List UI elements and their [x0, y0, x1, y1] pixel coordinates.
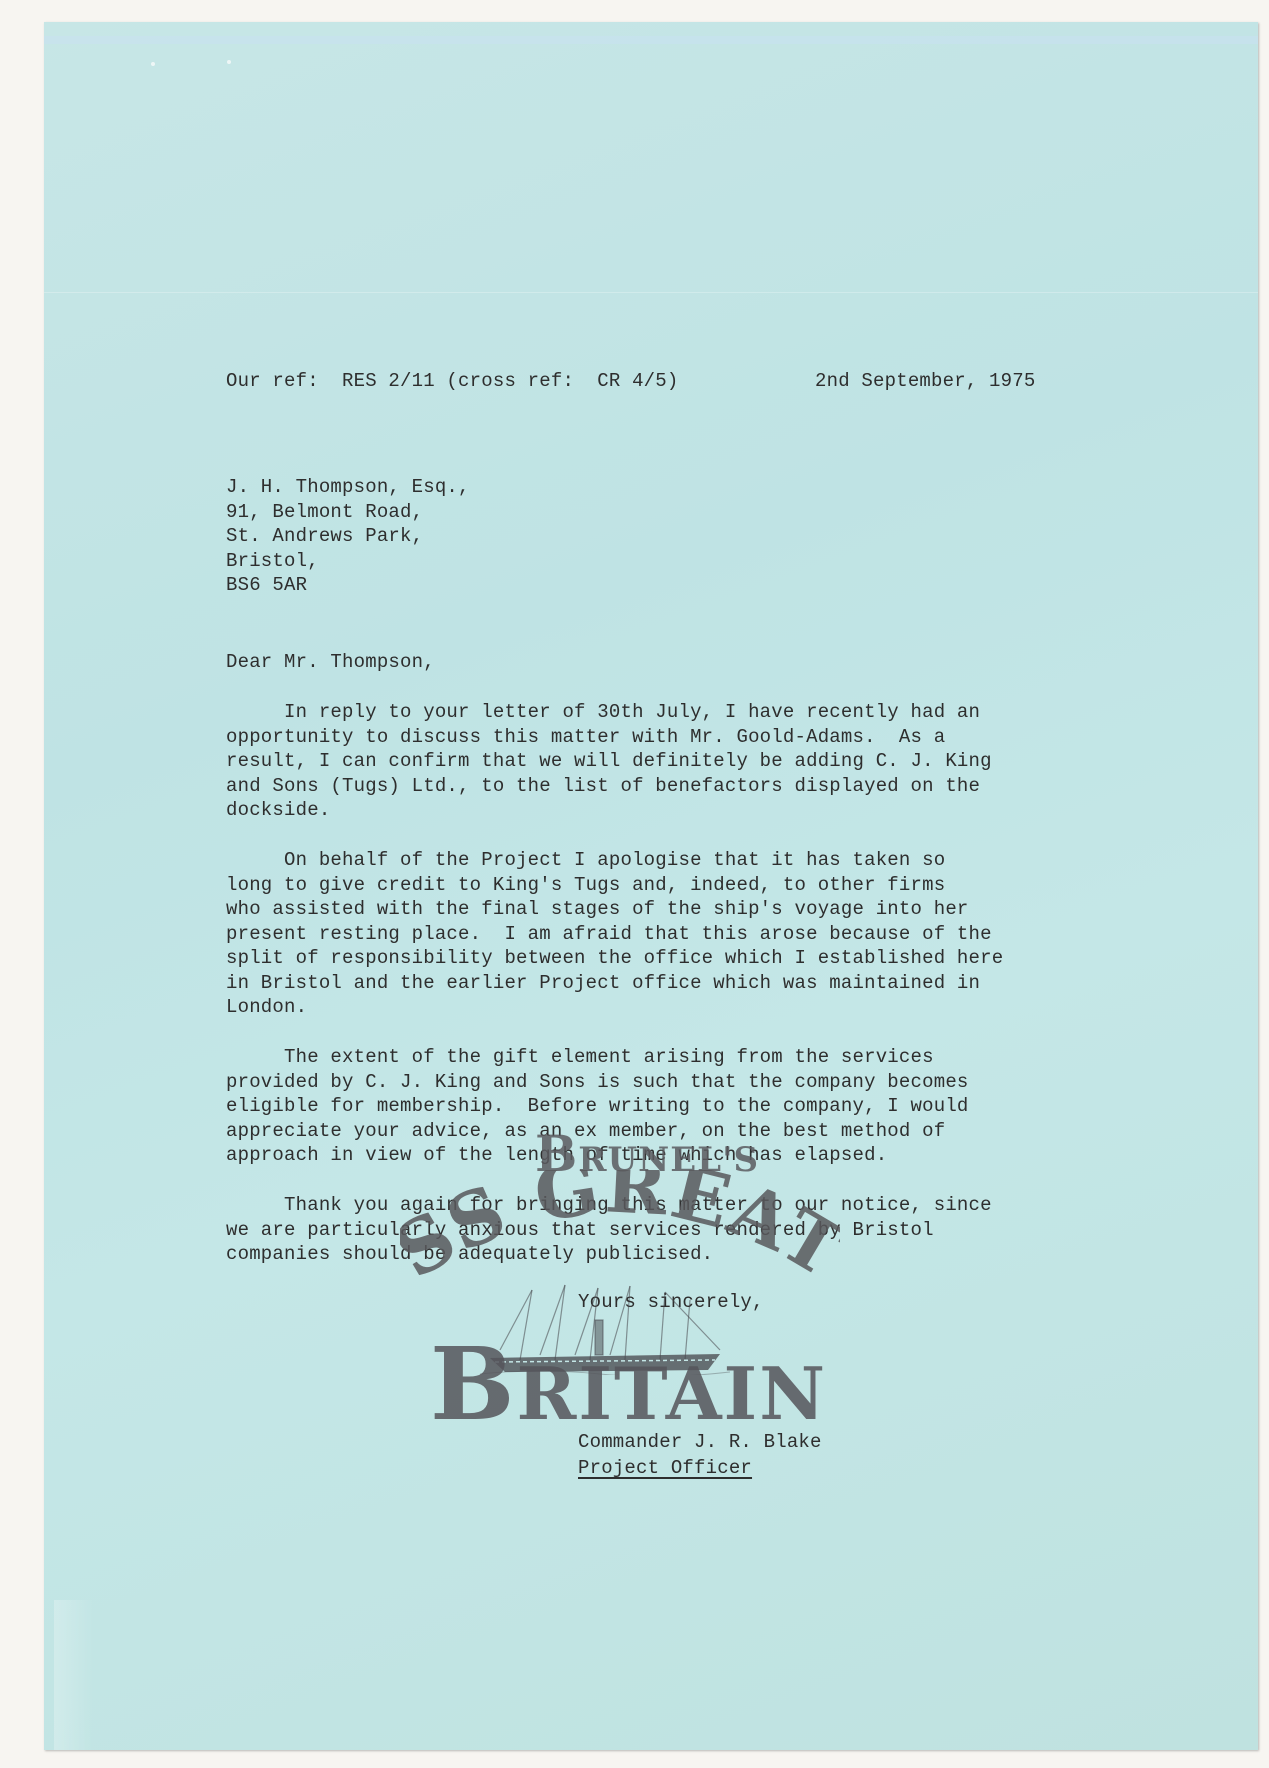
paragraph-line: The extent of the gift element arising f… [226, 1045, 969, 1070]
paragraph-line: and Sons (Tugs) Ltd., to the list of ben… [226, 774, 992, 799]
paper-crease [54, 1600, 94, 1750]
address-line: BS6 5AR [226, 573, 470, 598]
address-line: 91, Belmont Road, [226, 500, 470, 525]
address-line: Bristol, [226, 549, 470, 574]
reference-line: Our ref: RES 2/11 (cross ref: CR 4/5) [226, 369, 678, 394]
punch-mark [151, 62, 155, 66]
paragraph-line: in Bristol and the earlier Project offic… [226, 971, 1003, 996]
paragraph-line: On behalf of the Project I apologise tha… [226, 848, 1003, 873]
paragraph-line: result, I can confirm that we will defin… [226, 749, 992, 774]
address-line: J. H. Thompson, Esq., [226, 475, 470, 500]
paragraph-line: Thank you again for bringing this matter… [226, 1193, 992, 1218]
body-paragraph-1: In reply to your letter of 30th July, I … [226, 700, 992, 823]
closing: Yours sincerely, [578, 1290, 764, 1315]
paragraph-line: we are particularly anxious that service… [226, 1218, 992, 1243]
paragraph-line: split of responsibility between the offi… [226, 946, 1003, 971]
paper-top-band [44, 36, 1258, 44]
signatory-name: Commander J. R. Blake [578, 1430, 822, 1455]
paragraph-line: opportunity to discuss this matter with … [226, 725, 992, 750]
punch-mark [227, 60, 231, 64]
body-paragraph-2: On behalf of the Project I apologise tha… [226, 848, 1003, 1020]
salutation: Dear Mr. Thompson, [226, 650, 435, 675]
body-paragraph-3: The extent of the gift element arising f… [226, 1045, 969, 1168]
signatory-title: Project Officer [578, 1456, 752, 1481]
recipient-address: J. H. Thompson, Esq.,91, Belmont Road,St… [226, 475, 470, 598]
paragraph-line: eligible for membership. Before writing … [226, 1094, 969, 1119]
address-line: St. Andrews Park, [226, 524, 470, 549]
paragraph-line: approach in view of the length of time w… [226, 1143, 969, 1168]
paragraph-line: London. [226, 995, 1003, 1020]
paragraph-line: companies should be adequately publicise… [226, 1242, 992, 1267]
paragraph-line: who assisted with the final stages of th… [226, 897, 1003, 922]
paragraph-line: dockside. [226, 798, 992, 823]
paper-fold-line [44, 292, 1258, 293]
paragraph-line: present resting place. I am afraid that … [226, 922, 1003, 947]
paragraph-line: appreciate your advice, as an ex member,… [226, 1119, 969, 1144]
paragraph-line: In reply to your letter of 30th July, I … [226, 700, 992, 725]
paragraph-line: long to give credit to King's Tugs and, … [226, 873, 1003, 898]
paragraph-line: provided by C. J. King and Sons is such … [226, 1070, 969, 1095]
body-paragraph-4: Thank you again for bringing this matter… [226, 1193, 992, 1267]
letter-date: 2nd September, 1975 [815, 369, 1035, 394]
